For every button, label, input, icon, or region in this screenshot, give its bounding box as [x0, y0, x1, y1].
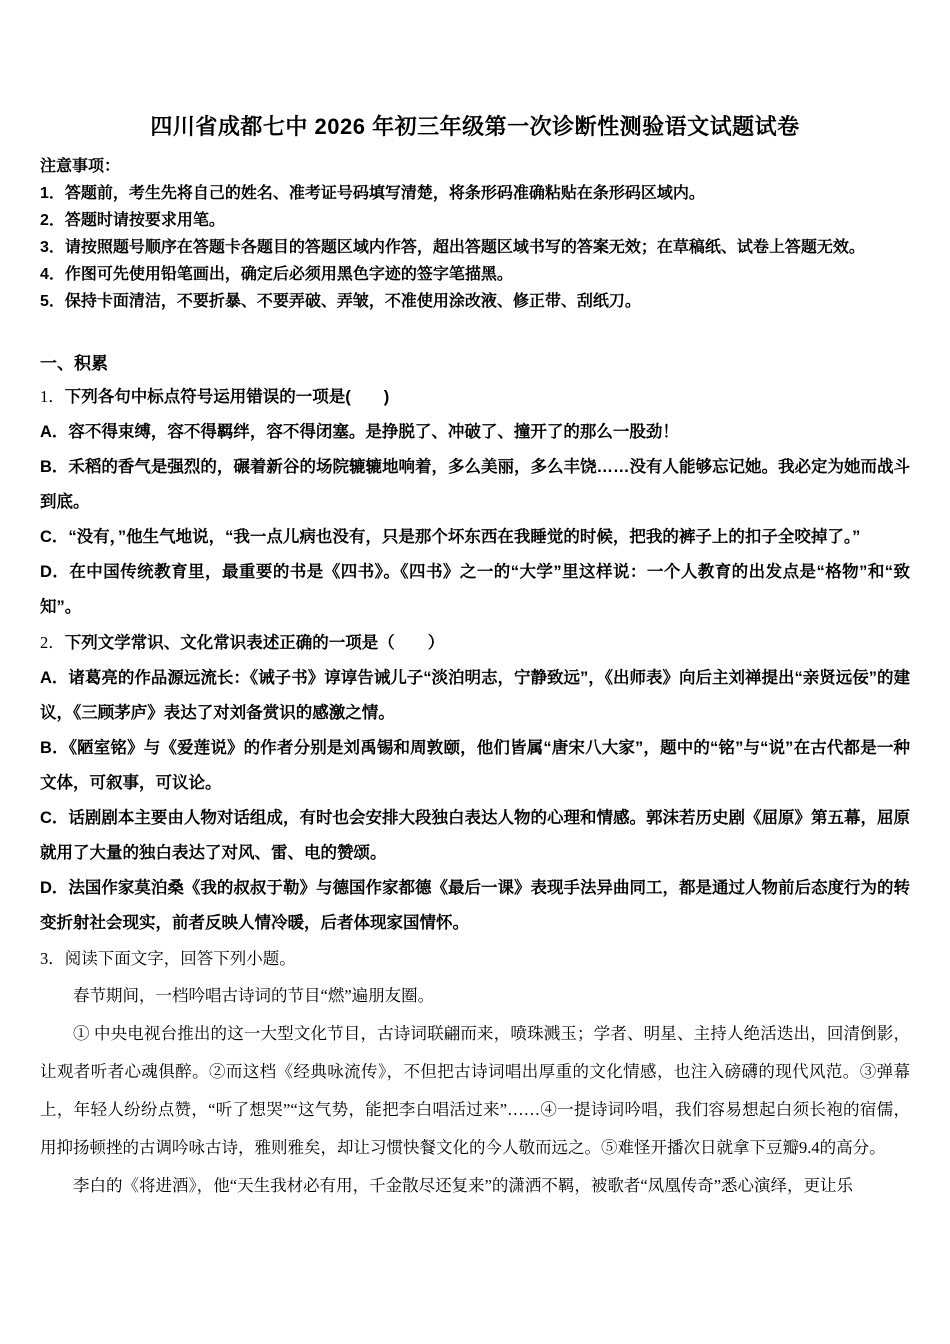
- question-1-stem-text: 下列各句中标点符号运用错误的一项是( ): [65, 388, 390, 406]
- notice-heading: 注意事项：: [40, 153, 910, 180]
- question-2-option-b: B．《陋室铭》与《爱莲说》的作者分别是刘禹锡和周敦颐，他们皆属“唐宋八大家”，题…: [40, 731, 910, 801]
- question-1-option-a: A．容不得束缚，容不得羁绊，容不得闭塞。是挣脱了、冲破了、撞开了的那么一股劲！: [40, 415, 910, 450]
- question-1-stem: 1．下列各句中标点符号运用错误的一项是( ): [40, 379, 910, 415]
- question-1-number: 1．: [40, 387, 65, 406]
- notice-item: 1．答题前，考生先将自己的姓名、准考证号码填写清楚，将条形码准确粘贴在条形码区域…: [40, 180, 910, 207]
- question-3-stem-text: 阅读下面文字，回答下列小题。: [65, 950, 296, 968]
- notice-section: 注意事项： 1．答题前，考生先将自己的姓名、准考证号码填写清楚，将条形码准确粘贴…: [40, 153, 910, 315]
- question-2-option-a: A．诸葛亮的作品源远流长：《诫子书》谆谆告诫儿子“淡泊明志，宁静致远”，《出师表…: [40, 661, 910, 731]
- question-2: 2．下列文学常识、文化常识表述正确的一项是（ ） A．诸葛亮的作品源远流长：《诫…: [40, 625, 910, 941]
- passage-paragraph: ① 中央电视台推出的这一大型文化节目，古诗词联翩而来，喷珠溅玉；学者、明星、主持…: [40, 1015, 910, 1167]
- question-2-option-c: C．话剧剧本主要由人物对话组成，有时也会安排大段独白表达人物的心理和情感。郭沫若…: [40, 801, 910, 871]
- passage-paragraph: 李白的《将进酒》，他“天生我材必有用，千金散尽还复来”的潇洒不羁，被歌者“凤凰传…: [40, 1167, 910, 1205]
- notice-item: 2．答题时请按要求用笔。: [40, 207, 910, 234]
- reading-passage: 春节期间，一档吟唱古诗词的节目“燃”遍朋友圈。 ① 中央电视台推出的这一大型文化…: [40, 977, 910, 1205]
- question-1-option-d: D．在中国传统教育里，最重要的书是《四书》。《四书》之一的“大学”里这样说：一个…: [40, 555, 910, 625]
- notice-item: 3．请按照题号顺序在答题卡各题目的答题区域内作答，超出答题区域书写的答案无效；在…: [40, 234, 910, 261]
- question-3: 3．阅读下面文字，回答下列小题。 春节期间，一档吟唱古诗词的节目“燃”遍朋友圈。…: [40, 941, 910, 1205]
- notice-item: 4．作图可先使用铅笔画出，确定后必须用黑色字迹的签字笔描黑。: [40, 261, 910, 288]
- section-heading: 一、积累: [40, 349, 910, 379]
- exam-paper-page: 四川省成都七中 2026 年初三年级第一次诊断性测验语文试题试卷 注意事项： 1…: [0, 0, 950, 1344]
- question-1-option-c: C．“没有，”他生气地说，“我一点儿病也没有，只是那个坏东西在我睡觉的时候，把我…: [40, 520, 910, 555]
- page-title: 四川省成都七中 2026 年初三年级第一次诊断性测验语文试题试卷: [40, 0, 910, 141]
- question-2-number: 2．: [40, 633, 65, 652]
- passage-paragraph: 春节期间，一档吟唱古诗词的节目“燃”遍朋友圈。: [40, 977, 910, 1015]
- question-2-option-d: D．法国作家莫泊桑《我的叔叔于勒》与德国作家都德《最后一课》表现手法异曲同工，都…: [40, 871, 910, 941]
- question-2-stem: 2．下列文学常识、文化常识表述正确的一项是（ ）: [40, 625, 910, 661]
- question-1: 1．下列各句中标点符号运用错误的一项是( ) A．容不得束缚，容不得羁绊，容不得…: [40, 379, 910, 625]
- question-2-stem-text: 下列文学常识、文化常识表述正确的一项是（ ）: [65, 634, 445, 652]
- question-3-number: 3．: [40, 949, 65, 968]
- question-3-stem: 3．阅读下面文字，回答下列小题。: [40, 941, 910, 977]
- notice-item: 5．保持卡面清洁，不要折暴、不要弄破、弄皱，不准使用涂改液、修正带、刮纸刀。: [40, 288, 910, 315]
- question-1-option-b: B．禾稻的香气是强烈的，碾着新谷的场院辘辘地响着，多么美丽，多么丰饶……没有人能…: [40, 450, 910, 520]
